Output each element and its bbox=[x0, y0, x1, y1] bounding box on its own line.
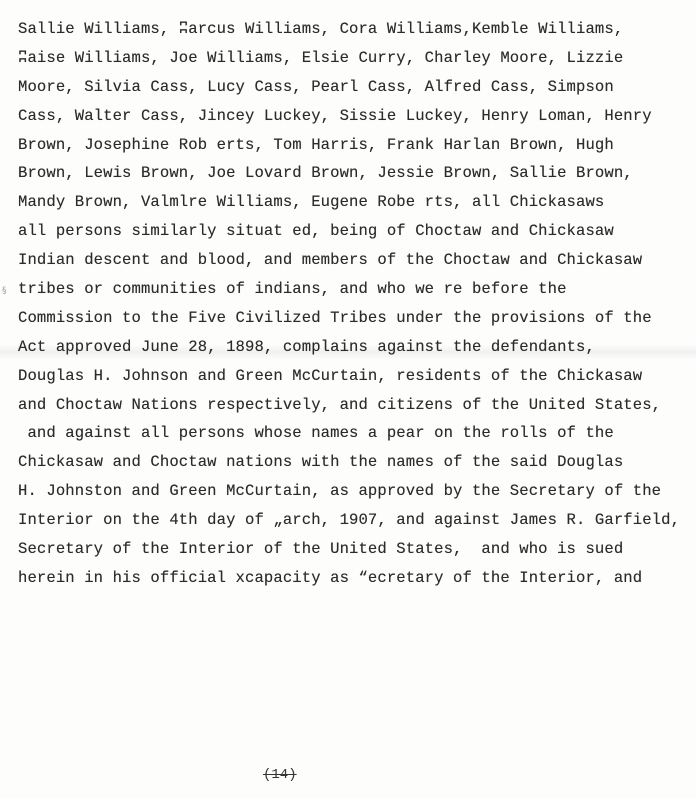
text-line: and Choctaw Nations respectively, and ci… bbox=[18, 391, 688, 420]
text-line: Interior on the 4th day of „arch, 1907, … bbox=[18, 506, 688, 535]
text-line: H. Johnston and Green McCurtain, as appr… bbox=[18, 477, 688, 506]
text-line: Act approved June 28, 1898, complains ag… bbox=[18, 333, 688, 362]
page-number: (14) bbox=[263, 767, 297, 783]
text-line: Moore, Silvia Cass, Lucy Cass, Pearl Cas… bbox=[18, 73, 688, 102]
text-line: Cass, Walter Cass, Jincey Luckey, Sissie… bbox=[18, 102, 688, 131]
text-line: Brown, Lewis Brown, Joe Lovard Brown, Je… bbox=[18, 159, 688, 188]
text-line: and against all persons whose names a pe… bbox=[18, 419, 688, 448]
text-line: tribes or communities of indians, and wh… bbox=[18, 275, 688, 304]
text-line: Commission to the Five Civilized Tribes … bbox=[18, 304, 688, 333]
text-line: Indian descent and blood, and members of… bbox=[18, 246, 688, 275]
text-line: herein in his official xcapacity as “ecr… bbox=[18, 564, 688, 593]
document-page: Sallie Williams, ʭarcus Williams, Cora W… bbox=[0, 0, 696, 798]
body-text: Sallie Williams, ʭarcus Williams, Cora W… bbox=[18, 15, 688, 593]
margin-mark: § bbox=[2, 286, 7, 296]
text-line: Brown, Josephine Rob erts, Tom Harris, F… bbox=[18, 131, 688, 160]
text-line: all persons similarly situat ed, being o… bbox=[18, 217, 688, 246]
text-line: Secretary of the Interior of the United … bbox=[18, 535, 688, 564]
text-line: Sallie Williams, ʭarcus Williams, Cora W… bbox=[18, 15, 688, 44]
text-line: ʭaise Williams, Joe Williams, Elsie Curr… bbox=[18, 44, 688, 73]
text-line: Mandy Brown, Valmlre Williams, Eugene Ro… bbox=[18, 188, 688, 217]
text-line: Chickasaw and Choctaw nations with the n… bbox=[18, 448, 688, 477]
text-line: Douglas H. Johnson and Green McCurtain, … bbox=[18, 362, 688, 391]
